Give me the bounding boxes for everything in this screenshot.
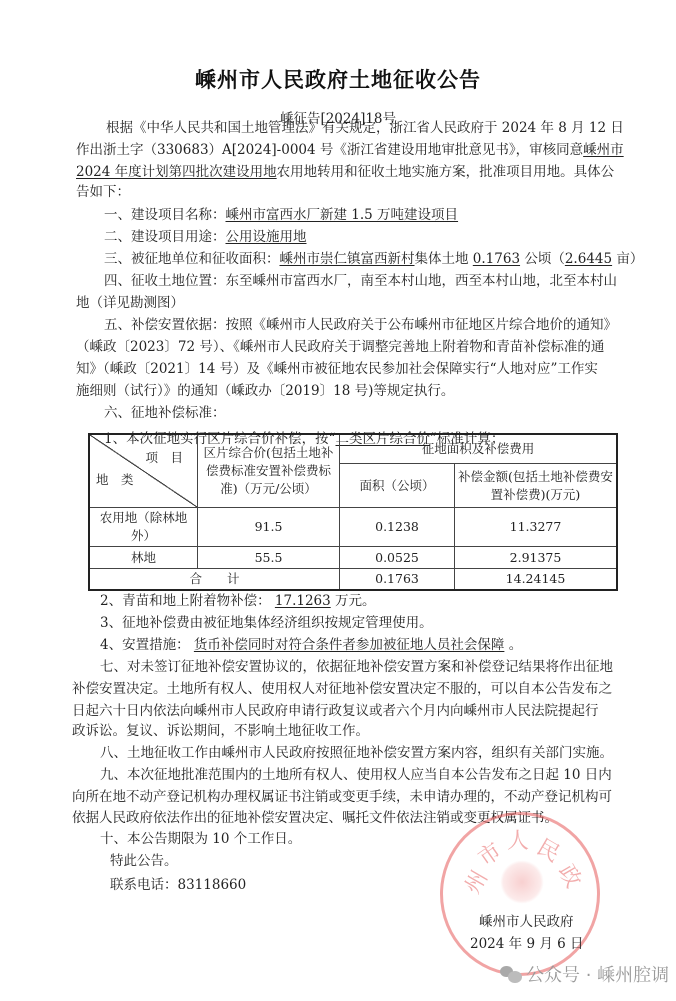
closing-text: 特此公告。 bbox=[110, 850, 178, 872]
header-area: 面积（公顷） bbox=[340, 464, 455, 508]
table-row: 农用地（除林地外） 91.5 0.1238 11.3277 bbox=[89, 508, 617, 547]
item-7-line-1: 七、对未签订征地补偿安置协议的，依据征地补偿安置方案和补偿登记结果将作出征地 bbox=[100, 656, 613, 678]
item-1: 一、建设项目名称：嵊州市富西水厂新建 1.5 万吨建设项目 bbox=[104, 204, 458, 226]
item-7-line-4: 政诉讼。复议、诉讼期间，不影响土地征收工作。 bbox=[72, 720, 369, 742]
page-title: 嵊州市人民政府土地征收公告 bbox=[0, 64, 676, 94]
cell-amount: 11.3277 bbox=[455, 508, 618, 547]
item-6-4-value: 货币补偿同时对符合条件者参加被征地人员社会保障 bbox=[194, 637, 505, 653]
item-8: 八、土地征收工作由嵊州市人民政府按照征地补偿安置方案内容，组织有关部门实施。 bbox=[100, 742, 613, 764]
table-diagonal-header: 项 目 地 类 bbox=[89, 434, 198, 508]
table-row: 林地 55.5 0.0525 2.91375 bbox=[89, 547, 617, 569]
intro-line-4: 告如下： bbox=[76, 181, 130, 203]
item-3: 三、被征地单位和征收面积：嵊州市崇仁镇富西新村集体土地 0.1763 公顷（2.… bbox=[104, 248, 643, 270]
item-6-4-text: 4、安置措施： bbox=[100, 637, 190, 653]
item-5-line-2: （嵊政〔2023〕72 号）、《嵊州市人民政府关于调整完善地上附着物和青苗补偿标… bbox=[76, 336, 604, 358]
item-9-line-1: 九、本次征地批准范围内的土地所有权人、使用权人应当自本公告发布之日起 10 日内 bbox=[100, 764, 612, 786]
item-7-line-2: 补偿安置决定。土地所有权人、使用权人对征地补偿安置决定不服的，可以自本公告发布之 bbox=[72, 678, 612, 700]
intro-batch-underlined: 2024 年度计划第四批次建设用地 bbox=[76, 164, 277, 180]
item-10: 十、本公告期限为 10 个工作日。 bbox=[100, 828, 301, 850]
item-1-label: 一、建设项目名称： bbox=[104, 207, 226, 223]
item-4-line-1: 四、征收土地位置：东至嵊州市富西水厂，南至本村山地，西至本村山地，北至本村山 bbox=[104, 270, 617, 292]
item-6-4: 4、安置措施： 货币补偿同时对符合条件者参加被征地人员社会保障 。 bbox=[100, 634, 522, 656]
cell-amount: 2.91375 bbox=[455, 547, 618, 569]
total-label: 合 计 bbox=[89, 569, 340, 590]
header-price: 区片综合价(包括土地补偿费标准安置补偿费标准)（万元/公顷） bbox=[198, 434, 340, 508]
item-3-unit: 嵊州市崇仁镇富西新村 bbox=[280, 251, 415, 267]
item-2-label: 二、建设项目用途： bbox=[104, 229, 226, 245]
item-3-area-ha: 0.1763 bbox=[473, 251, 520, 267]
compensation-table: 项 目 地 类 区片综合价(包括土地补偿费标准安置补偿费标准)（万元/公顷） 征… bbox=[88, 433, 618, 591]
table-total-row: 合 计 0.1763 14.24145 bbox=[89, 569, 617, 590]
item-6-4-post: 。 bbox=[509, 637, 523, 653]
cell-price: 55.5 bbox=[198, 547, 340, 569]
wechat-icon bbox=[500, 965, 522, 983]
item-6-label: 六、征地补偿标准： bbox=[104, 402, 226, 424]
item-3-label: 三、被征地单位和征收面积： bbox=[104, 251, 280, 267]
contact-phone: 83118660 bbox=[178, 877, 247, 893]
intro-line-1: 根据《中华人民共和国土地管理法》有关规定，浙江省人民政府于 2024 年 8 月… bbox=[106, 117, 624, 139]
diag-item-label: 项 目 bbox=[145, 449, 183, 467]
cell-type: 农用地（除林地外） bbox=[89, 508, 198, 547]
item-2: 二、建设项目用途：公用设施用地 bbox=[104, 226, 307, 248]
item-2-value: 公用设施用地 bbox=[226, 229, 307, 245]
item-7-line-3: 日起六十日内依法向嵊州市人民政府申请行政复议或者六个月内向嵊州市人民法院提起行 bbox=[72, 700, 599, 722]
header-group: 征地面积及补偿费用 bbox=[340, 434, 618, 464]
item-6-2: 2、青苗和地上附着物补偿： 17.1263 万元。 bbox=[100, 590, 376, 612]
diag-kind-label: 地 类 bbox=[96, 471, 134, 489]
cell-type: 林地 bbox=[89, 547, 198, 569]
intro-city-underlined: 嵊州市 bbox=[583, 142, 624, 158]
item-6-2-text: 2、青苗和地上附着物补偿： bbox=[100, 593, 271, 609]
watermark-text: 公众号 · 嵊州腔调 bbox=[526, 961, 669, 987]
contact-line: 联系电话：83118660 bbox=[110, 874, 246, 896]
total-amount: 14.24145 bbox=[455, 569, 618, 590]
item-3-text: 集体土地 bbox=[415, 251, 473, 267]
item-6-3: 3、征地补偿费由被征地集体经济组织按规定管理使用。 bbox=[100, 612, 433, 634]
intro-line-3: 2024 年度计划第四批次建设用地农用地转用和征收土地实施方案，批准项目用地。具… bbox=[76, 161, 614, 183]
item-5-line-3: 知》（嵊政〔2021〕14 号）及《嵊州市被征地农民参加社会保障实行“人地对应”… bbox=[76, 358, 598, 380]
item-6-2-value: 17.1263 bbox=[275, 593, 331, 609]
intro-text: 农用地转用和征收土地实施方案，批准项目用地。具体公 bbox=[277, 164, 615, 180]
seal-char: 人 bbox=[507, 824, 529, 855]
seal-emblem-icon bbox=[500, 860, 544, 904]
header-amount: 补偿金额(包括土地补偿费安置补偿费)(万元) bbox=[455, 464, 618, 508]
item-4-line-2: 地（详见勘测图） bbox=[76, 292, 184, 314]
intro-text: 作出浙土字（330683）A[2024]-0004 号《浙江省建设用地审批意见书… bbox=[76, 142, 583, 158]
total-area: 0.1763 bbox=[340, 569, 455, 590]
watermark: 公众号 · 嵊州腔调 bbox=[500, 961, 669, 987]
item-6-2-post: 万元。 bbox=[335, 593, 376, 609]
item-3-ha-label: 公顷（ bbox=[520, 251, 565, 267]
item-9-line-2: 向所在地不动产登记机构办理权属证书注销或变更手续，未申请办理的，不动产登记机构可 bbox=[72, 786, 612, 808]
cell-area: 0.1238 bbox=[340, 508, 455, 547]
cell-price: 91.5 bbox=[198, 508, 340, 547]
item-5-line-4: 施细则（试行）》的通知（嵊政办〔2019〕18 号)等规定执行。 bbox=[76, 380, 454, 402]
item-5-line-1: 五、补偿安置依据：按照《嵊州市人民政府关于公布嵊州市征地区片综合地价的通知》 bbox=[104, 314, 617, 336]
signer: 嵊州市人民政府 bbox=[479, 911, 574, 933]
intro-line-2: 作出浙土字（330683）A[2024]-0004 号《浙江省建设用地审批意见书… bbox=[76, 139, 624, 161]
item-3-area-mu: 2.6445 bbox=[565, 251, 612, 267]
cell-area: 0.0525 bbox=[340, 547, 455, 569]
item-1-value: 嵊州市富西水厂新建 1.5 万吨建设项目 bbox=[226, 207, 459, 223]
sign-date: 2024 年 9 月 6 日 bbox=[470, 933, 584, 955]
contact-label: 联系电话： bbox=[110, 877, 178, 893]
item-3-mu-label: 亩） bbox=[612, 251, 643, 267]
